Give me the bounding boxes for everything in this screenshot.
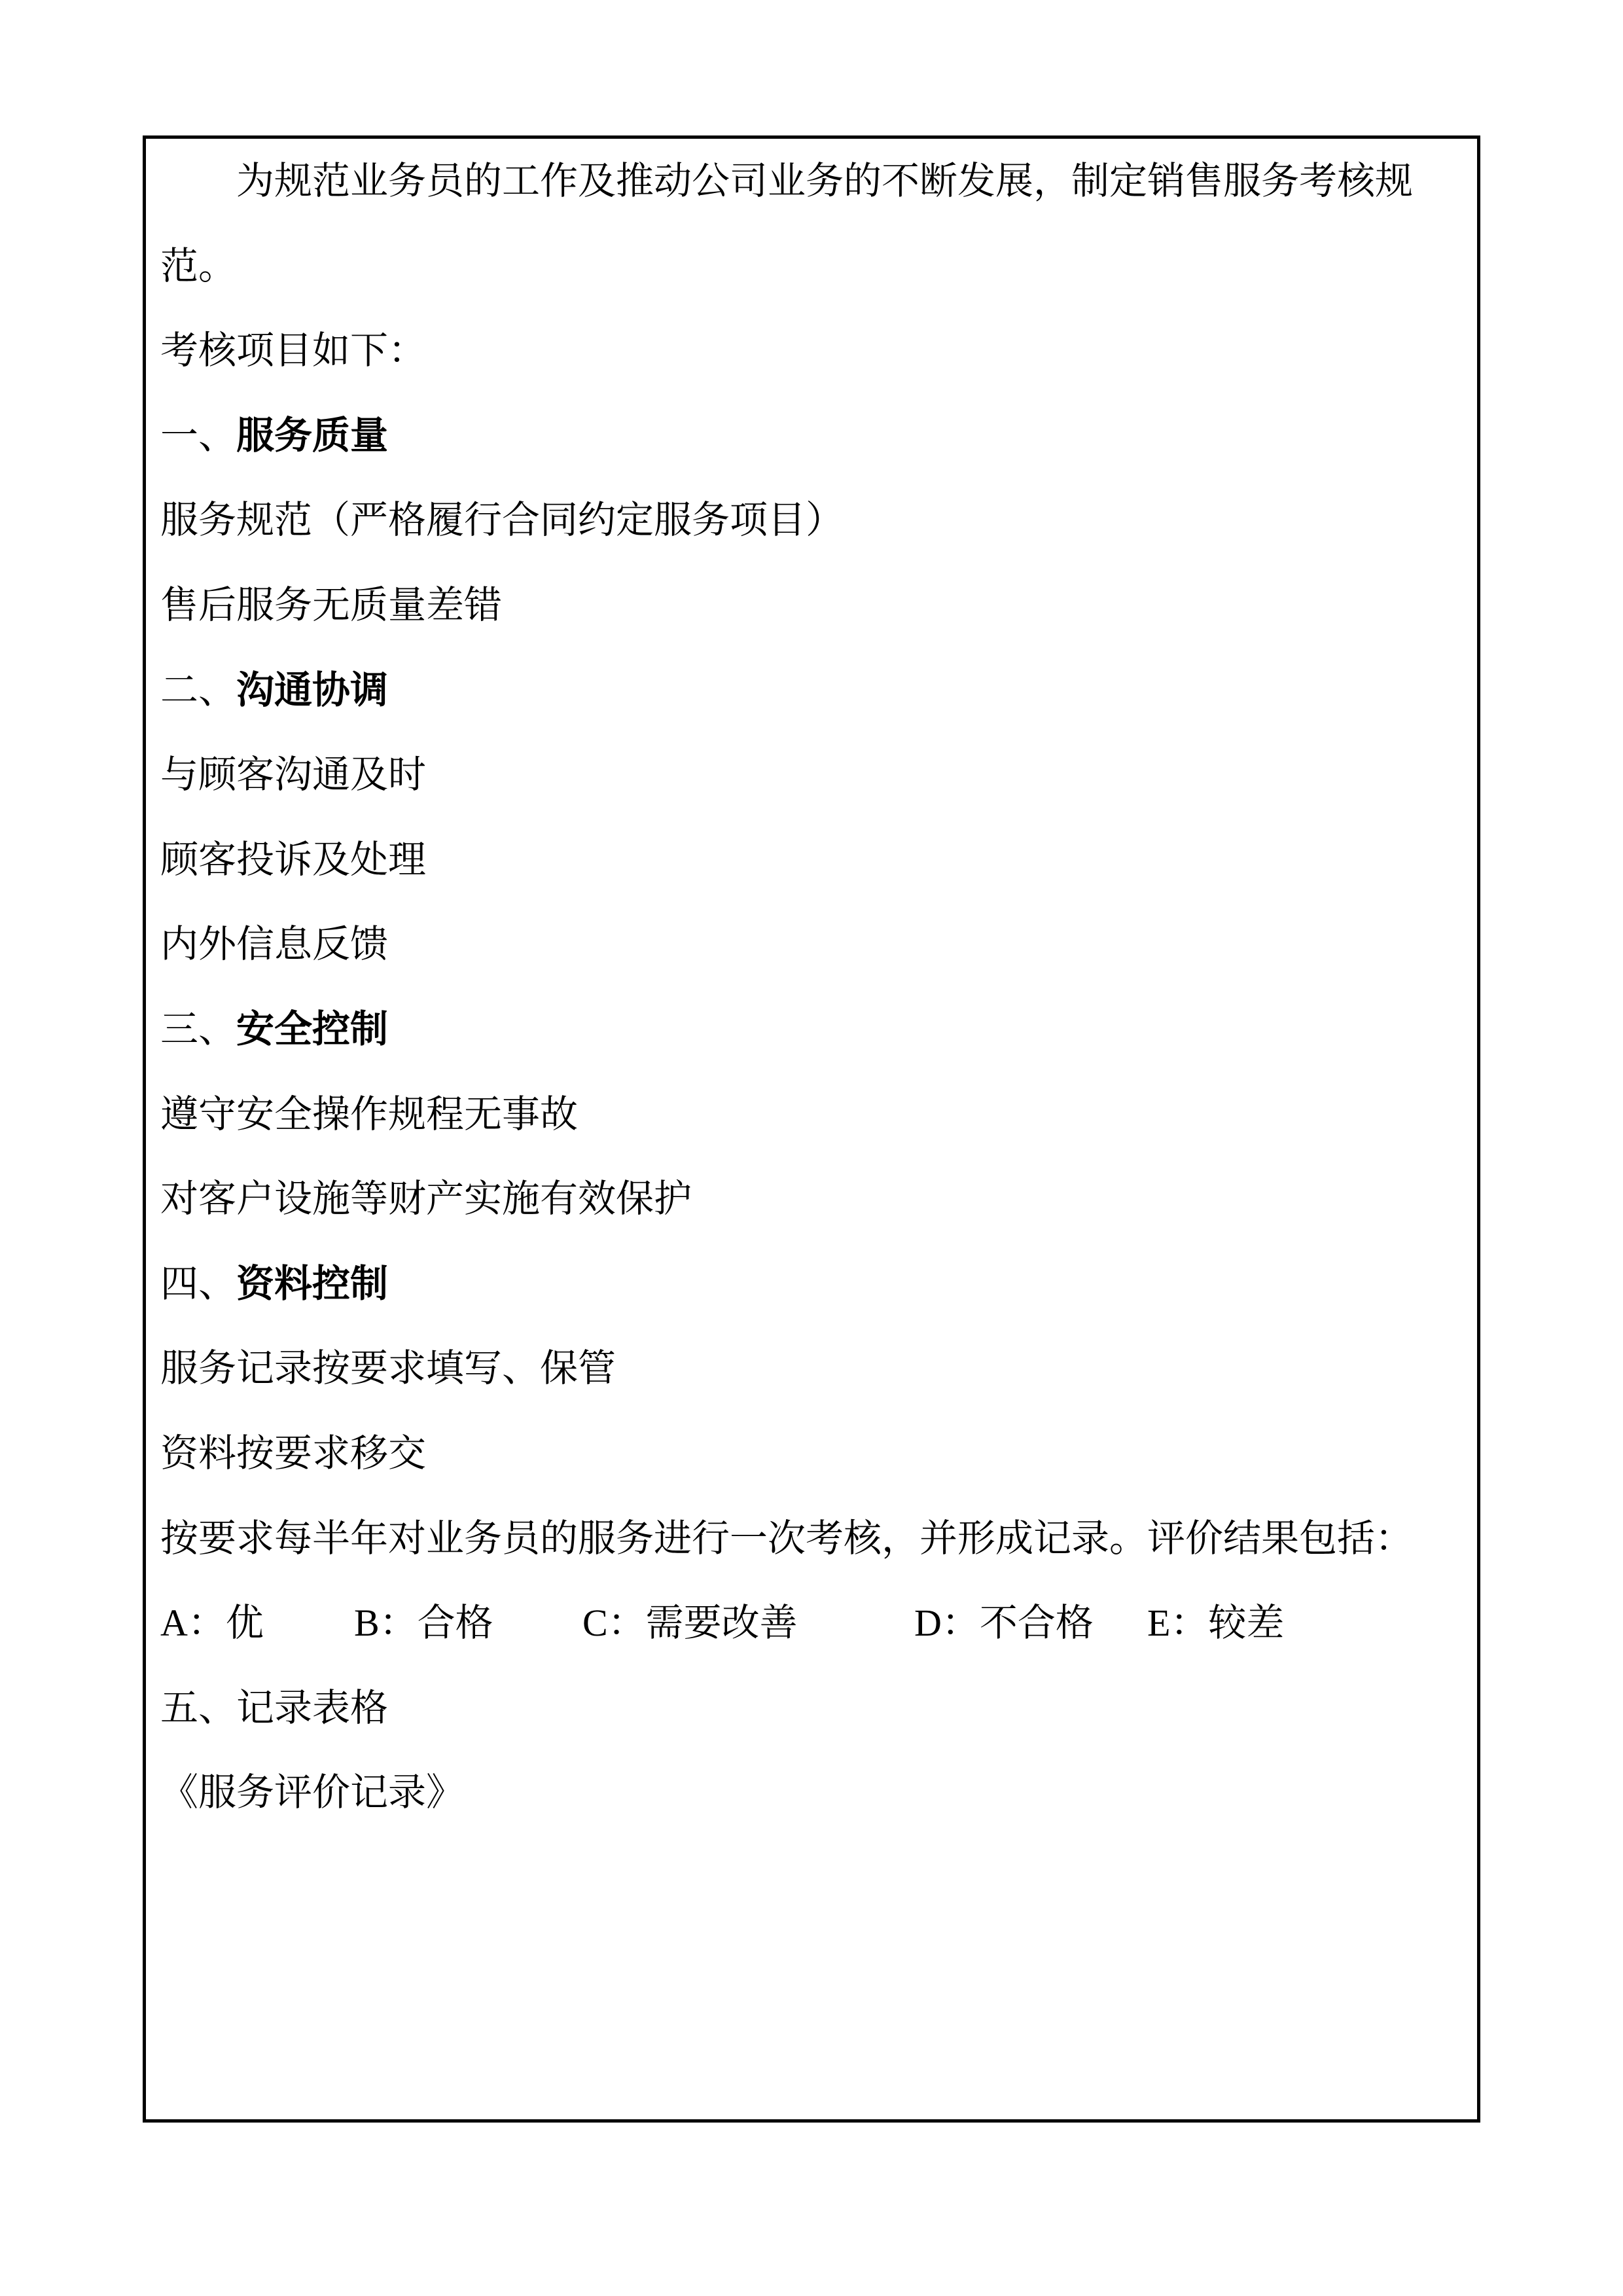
text-line: 售后服务无质量差错 [160, 563, 1464, 648]
document-box: 为规范业务员的工作及推动公司业务的不断发展，制定销售服务考核规范。考核项目如下：… [143, 135, 1480, 2123]
body-text: 按要求每半年对业务员的服务进行一次考核，并形成记录。评价结果包括： [160, 1517, 1413, 1560]
body-text: 二、 [160, 669, 236, 711]
section-title-text: 安全控制 [236, 1008, 388, 1050]
section-title-text: 资料控制 [236, 1263, 388, 1305]
grade-item: A：优 [160, 1581, 264, 1666]
text-line: 按要求每半年对业务员的服务进行一次考核，并形成记录。评价结果包括： [160, 1496, 1464, 1581]
text-line: 为规范业务员的工作及推动公司业务的不断发展，制定销售服务考核规 [160, 139, 1464, 224]
text-line: 范。 [160, 224, 1464, 309]
text-line: 顾客投诉及处理 [160, 817, 1464, 903]
body-text: 为规范业务员的工作及推动公司业务的不断发展，制定销售服务考核规 [236, 160, 1413, 202]
body-text: 五、记录表格 [160, 1687, 388, 1729]
body-text: 对客户设施等财产实施有效保护 [160, 1177, 692, 1220]
text-line: 考核项目如下： [160, 308, 1464, 393]
body-text: 考核项目如下： [160, 329, 426, 372]
text-line: 遵守安全操作规程无事故 [160, 1072, 1464, 1157]
body-text: 遵守安全操作规程无事故 [160, 1093, 578, 1136]
body-text: 一、 [160, 414, 236, 457]
grade-item: D：不合格 [914, 1581, 1094, 1666]
text-line: 《服务评价记录》 [160, 1750, 1464, 1835]
body-text: 服务记录按要求填写、保管 [160, 1347, 616, 1390]
text-line: 与顾客沟通及时 [160, 732, 1464, 817]
text-line: 五、记录表格 [160, 1666, 1464, 1751]
body-text: 《服务评价记录》 [160, 1771, 464, 1814]
body-text: 与顾客沟通及时 [160, 753, 426, 796]
section-title-text: 沟通协调 [236, 669, 388, 711]
text-line: 服务记录按要求填写、保管 [160, 1326, 1464, 1411]
body-text: 服务规范（严格履行合同约定服务项目） [160, 499, 844, 541]
grade-item: E：较差 [1147, 1581, 1284, 1666]
text-line: 内外信息反馈 [160, 902, 1464, 987]
body-text: 资料按要求移交 [160, 1432, 426, 1475]
body-text: 四、 [160, 1263, 236, 1305]
body-text: 内外信息反馈 [160, 923, 388, 965]
text-line: 对客户设施等财产实施有效保护 [160, 1157, 1464, 1242]
body-text: 售后服务无质量差错 [160, 584, 502, 626]
text-line: 三、安全控制 [160, 987, 1464, 1072]
grade-item: B：合格 [354, 1581, 493, 1666]
grade-scale-line: A：优B：合格C：需要改善D：不合格E：较差 [160, 1581, 1464, 1666]
grade-item: C：需要改善 [582, 1581, 798, 1666]
text-line: 一、服务质量 [160, 393, 1464, 478]
body-text: 范。 [160, 245, 236, 287]
text-line: 四、资料控制 [160, 1242, 1464, 1327]
text-line: 二、沟通协调 [160, 648, 1464, 733]
body-text: 三、 [160, 1008, 236, 1050]
section-title-text: 服务质量 [236, 414, 388, 457]
body-text: 顾客投诉及处理 [160, 838, 426, 881]
text-line: 资料按要求移交 [160, 1411, 1464, 1496]
text-line: 服务规范（严格履行合同约定服务项目） [160, 478, 1464, 563]
document-text: 为规范业务员的工作及推动公司业务的不断发展，制定销售服务考核规范。考核项目如下：… [160, 139, 1464, 1835]
